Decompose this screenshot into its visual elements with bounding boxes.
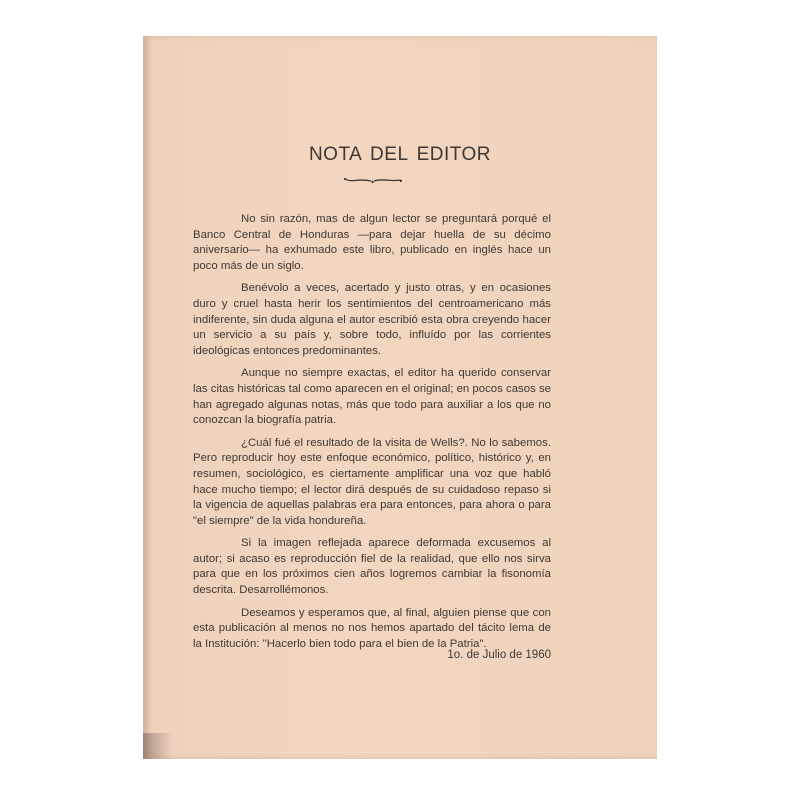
paragraph: ¿Cuál fué el resultado de la visita de W…: [193, 436, 551, 530]
paragraph: Aunque no siempre exactas, el editor ha …: [193, 366, 551, 428]
flourish-divider-icon: [343, 174, 403, 186]
book-page: NOTA DEL EDITOR No sin razón, mas de alg…: [143, 36, 657, 759]
date-line: 1o. de Julio de 1960: [447, 649, 551, 661]
editor-note-body: No sin razón, mas de algun lector se pre…: [193, 212, 551, 659]
paragraph: Si la imagen reflejada aparece deformada…: [193, 536, 551, 598]
paragraph: Deseamos y esperamos que, al final, algu…: [193, 606, 551, 653]
page-title: NOTA DEL EDITOR: [143, 144, 657, 166]
paragraph: No sin razón, mas de algun lector se pre…: [193, 212, 551, 274]
paragraph: Benévolo a veces, acertado y justo otras…: [193, 281, 551, 359]
